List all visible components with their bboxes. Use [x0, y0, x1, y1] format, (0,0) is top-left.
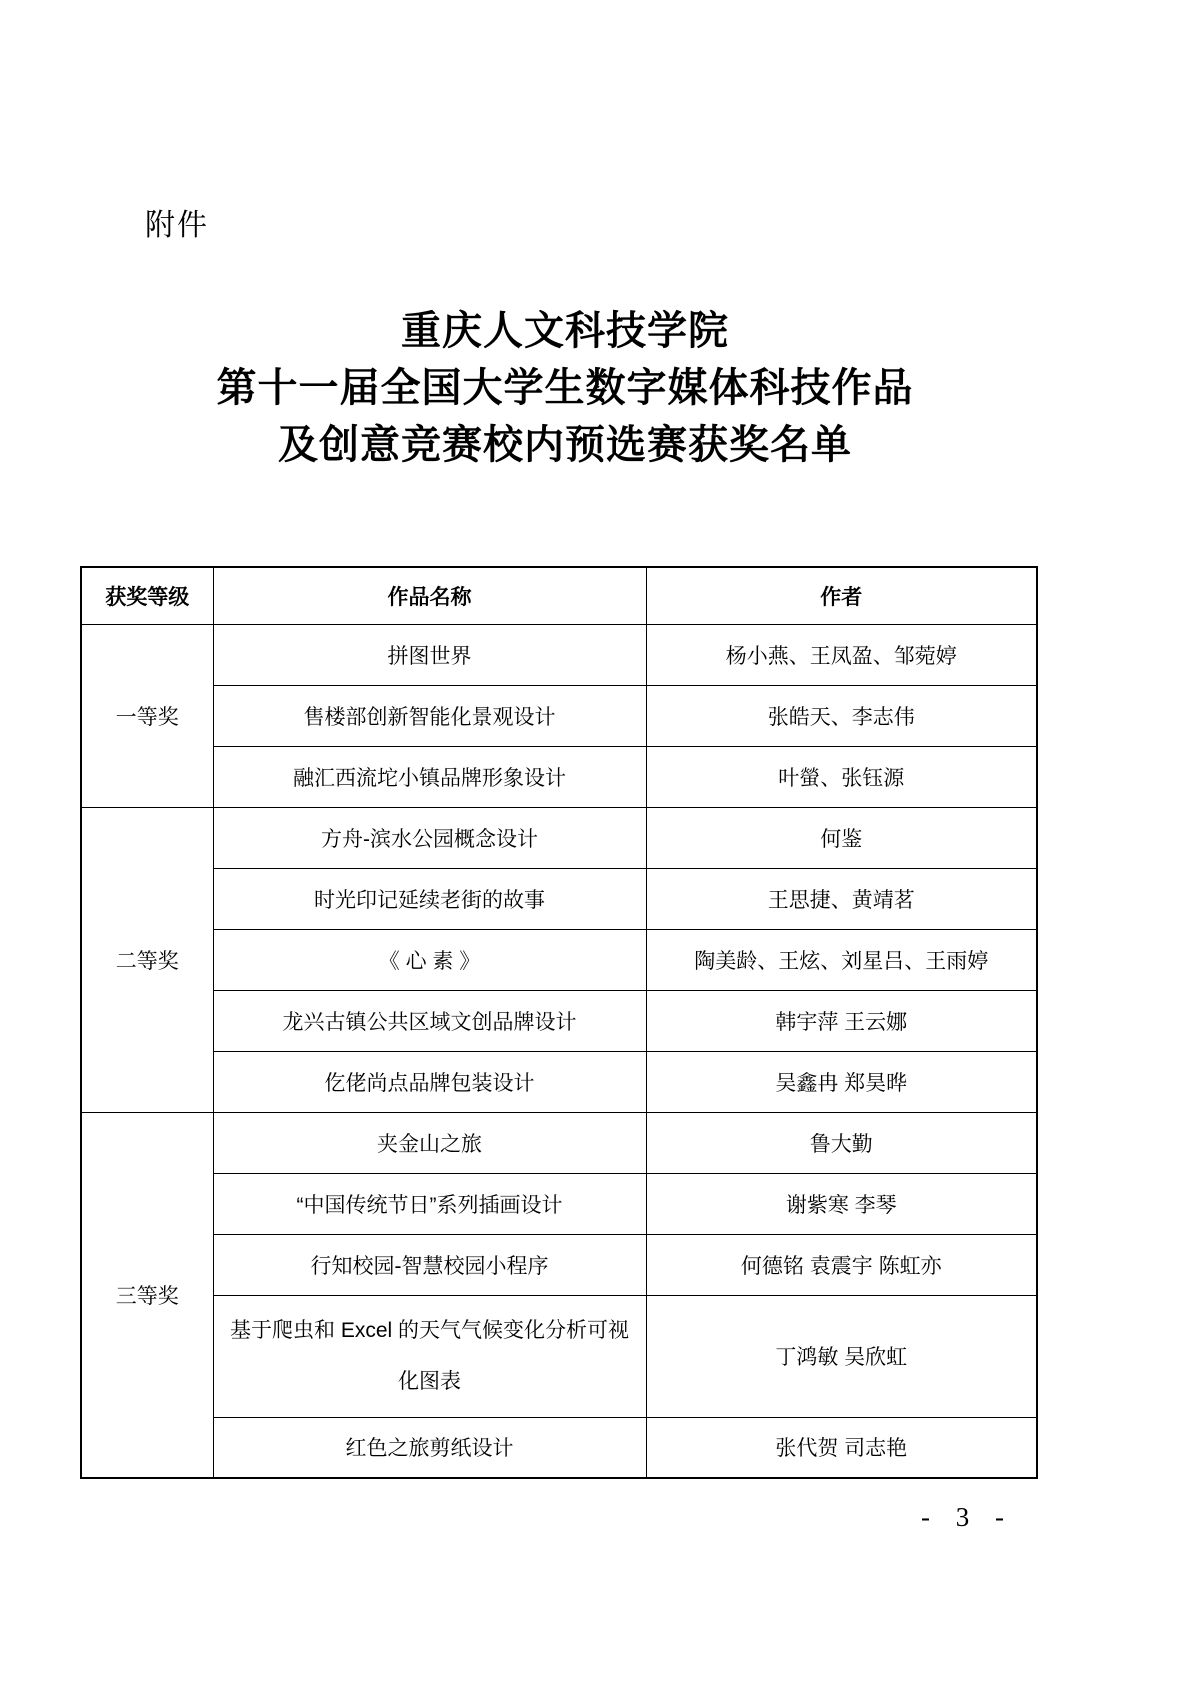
work-title-cell: 《 心 素 》 [213, 929, 646, 990]
table-row: 红色之旅剪纸设计张代贺 司志艳 [81, 1417, 1037, 1478]
table-row: 一等奖拼图世界杨小燕、王凤盈、邹菀婷 [81, 624, 1037, 685]
table-row: 融汇西流坨小镇品牌形象设计叶螢、张钰源 [81, 746, 1037, 807]
document-page: 附件 重庆人文科技学院 第十一届全国大学生数字媒体科技作品 及创意竞赛校内预选赛… [0, 0, 1191, 1684]
authors-cell: 何鉴 [646, 807, 1037, 868]
col-header-work-title: 作品名称 [213, 567, 646, 624]
award-level-cell: 二等奖 [81, 807, 213, 1112]
award-level-cell: 三等奖 [81, 1112, 213, 1478]
table-row: 二等奖方舟-滨水公园概念设计何鉴 [81, 807, 1037, 868]
col-header-authors: 作者 [646, 567, 1037, 624]
title-line-2: 第十一届全国大学生数字媒体科技作品 [0, 360, 1130, 417]
table-row: 仡佬尚点品牌包装设计吴鑫冉 郑昊晔 [81, 1051, 1037, 1112]
authors-cell: 韩宇萍 王云娜 [646, 990, 1037, 1051]
work-title-cell: 行知校园-智慧校园小程序 [213, 1234, 646, 1295]
authors-cell: 张皓天、李志伟 [646, 685, 1037, 746]
authors-cell: 叶螢、张钰源 [646, 746, 1037, 807]
title-line-3: 及创意竞赛校内预选赛获奖名单 [0, 417, 1130, 474]
work-title-cell: 融汇西流坨小镇品牌形象设计 [213, 746, 646, 807]
attachment-label: 附件 [145, 200, 209, 244]
work-title-cell: 方舟-滨水公园概念设计 [213, 807, 646, 868]
page-number: - 3 - [880, 1502, 1050, 1533]
table-row: 三等奖夹金山之旅鲁大勤 [81, 1112, 1037, 1173]
work-title-cell: 拼图世界 [213, 624, 646, 685]
work-title-cell: 夹金山之旅 [213, 1112, 646, 1173]
work-title-cell: “中国传统节日”系列插画设计 [213, 1173, 646, 1234]
table-row: 基于爬虫和 Excel 的天气气候变化分析可视化图表丁鸿敏 吴欣虹 [81, 1295, 1037, 1417]
work-title-cell: 仡佬尚点品牌包装设计 [213, 1051, 646, 1112]
work-title-cell: 时光印记延续老街的故事 [213, 868, 646, 929]
table-row: 时光印记延续老街的故事王思捷、黄靖茗 [81, 868, 1037, 929]
awards-table: 获奖等级 作品名称 作者 一等奖拼图世界杨小燕、王凤盈、邹菀婷售楼部创新智能化景… [80, 566, 1038, 1479]
authors-cell: 王思捷、黄靖茗 [646, 868, 1037, 929]
authors-cell: 何德铭 袁震宇 陈虹亦 [646, 1234, 1037, 1295]
work-title-cell: 基于爬虫和 Excel 的天气气候变化分析可视化图表 [213, 1295, 646, 1417]
table-row: 《 心 素 》陶美龄、王炫、刘星吕、王雨婷 [81, 929, 1037, 990]
authors-cell: 陶美龄、王炫、刘星吕、王雨婷 [646, 929, 1037, 990]
table-row: 龙兴古镇公共区域文创品牌设计韩宇萍 王云娜 [81, 990, 1037, 1051]
authors-cell: 丁鸿敏 吴欣虹 [646, 1295, 1037, 1417]
authors-cell: 鲁大勤 [646, 1112, 1037, 1173]
awards-table-body: 一等奖拼图世界杨小燕、王凤盈、邹菀婷售楼部创新智能化景观设计张皓天、李志伟融汇西… [81, 624, 1037, 1478]
header-row: 获奖等级 作品名称 作者 [81, 567, 1037, 624]
authors-cell: 吴鑫冉 郑昊晔 [646, 1051, 1037, 1112]
work-title-cell: 龙兴古镇公共区域文创品牌设计 [213, 990, 646, 1051]
work-title-cell: 售楼部创新智能化景观设计 [213, 685, 646, 746]
title-line-1: 重庆人文科技学院 [0, 303, 1130, 360]
table-row: “中国传统节日”系列插画设计谢紫寒 李琴 [81, 1173, 1037, 1234]
authors-cell: 谢紫寒 李琴 [646, 1173, 1037, 1234]
col-header-award-level: 获奖等级 [81, 567, 213, 624]
table-row: 售楼部创新智能化景观设计张皓天、李志伟 [81, 685, 1037, 746]
work-title-cell: 红色之旅剪纸设计 [213, 1417, 646, 1478]
award-level-cell: 一等奖 [81, 624, 213, 807]
document-title: 重庆人文科技学院 第十一届全国大学生数字媒体科技作品 及创意竞赛校内预选赛获奖名… [0, 303, 1130, 474]
authors-cell: 杨小燕、王凤盈、邹菀婷 [646, 624, 1037, 685]
awards-table-header: 获奖等级 作品名称 作者 [81, 567, 1037, 624]
table-row: 行知校园-智慧校园小程序何德铭 袁震宇 陈虹亦 [81, 1234, 1037, 1295]
authors-cell: 张代贺 司志艳 [646, 1417, 1037, 1478]
